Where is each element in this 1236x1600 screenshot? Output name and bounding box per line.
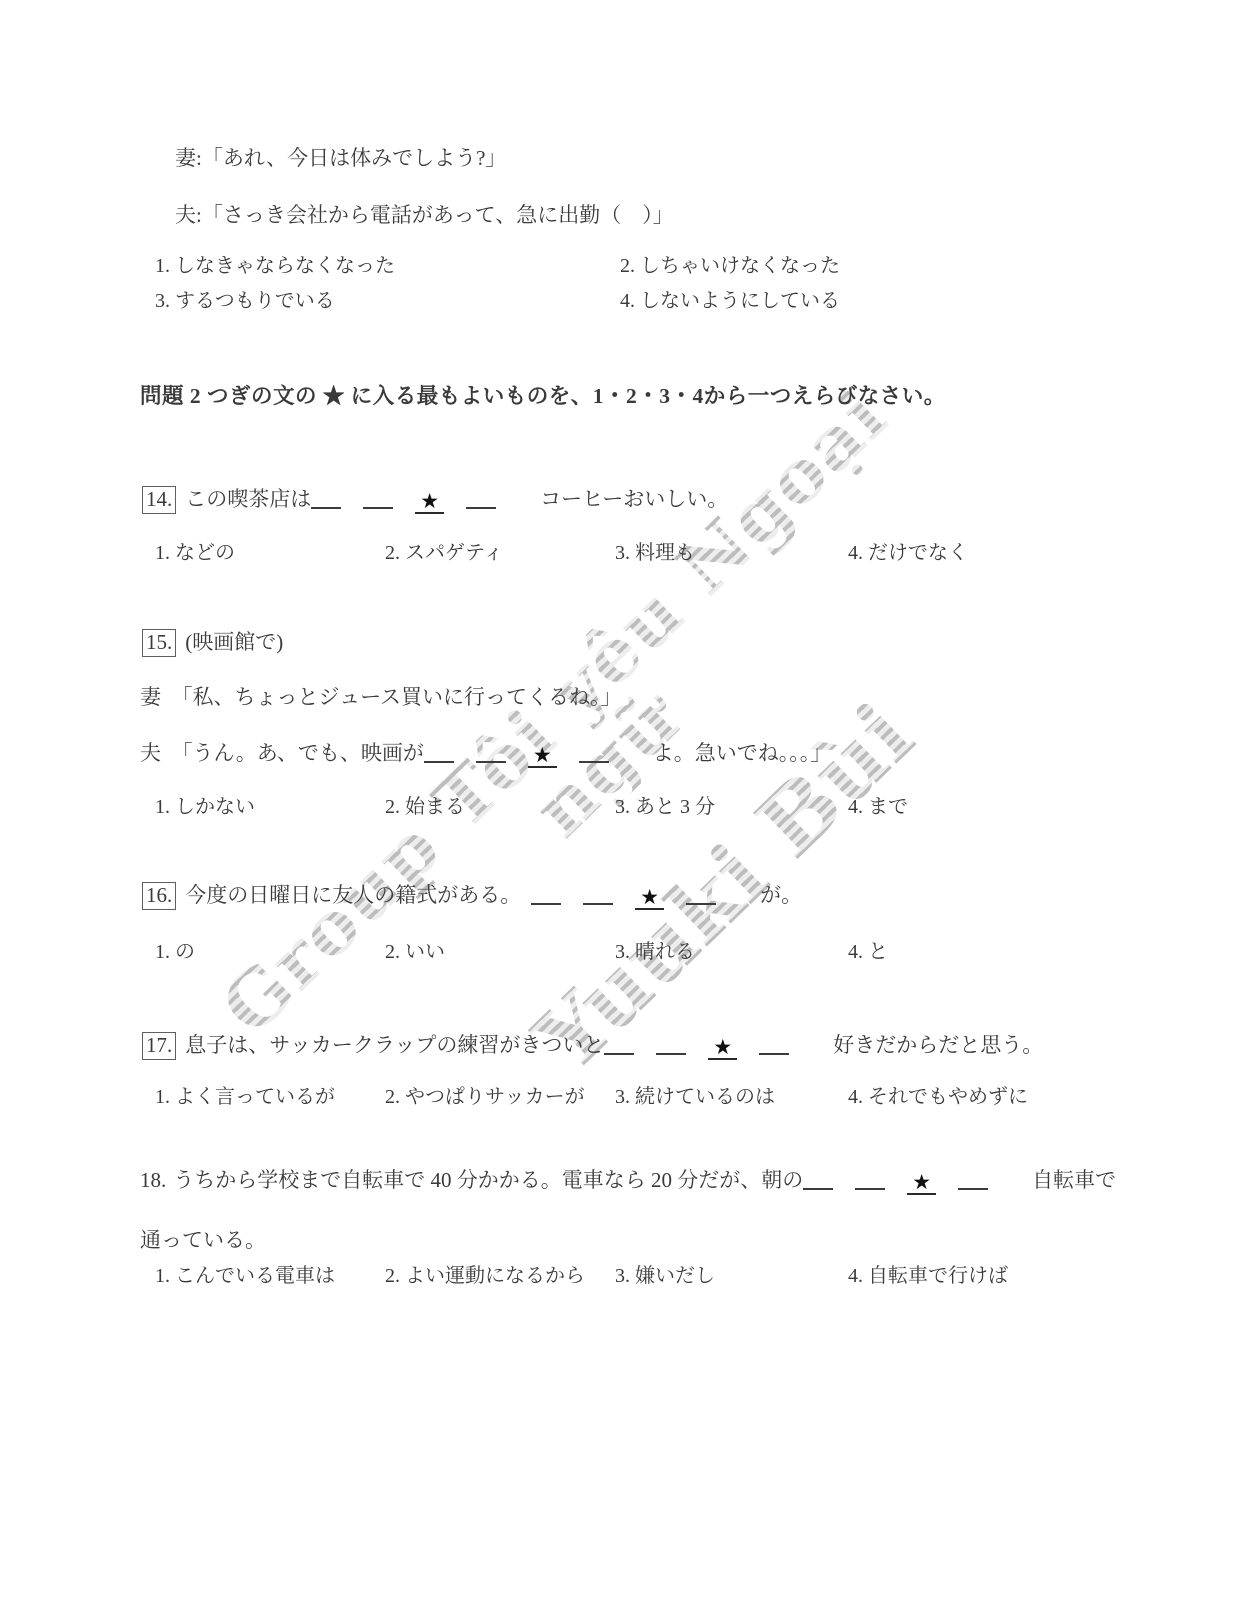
q14-blank-2	[363, 495, 393, 509]
q16-option-3: 3. 晴れる	[615, 939, 848, 966]
star-icon: ★	[420, 489, 439, 513]
q15-star-blank: ★	[528, 744, 557, 768]
q17-option-1: 1. よく言っているが	[155, 1084, 385, 1111]
q17-option-2: 2. やつぱりサッカーが	[385, 1084, 615, 1111]
q15-option-1: 1. しかない	[155, 794, 385, 821]
q17-blank-1	[604, 1041, 634, 1055]
q14-number-box: 14.	[142, 486, 176, 514]
q17-option-3: 3. 続けているのは	[615, 1084, 848, 1111]
q18-options: 1. こんでいる電車は 2. よい運動になるから 3. 嫌いだし 4. 自転車で…	[155, 1263, 1008, 1290]
q16-option-2: 2. いい	[385, 939, 615, 966]
q18-blank-3	[958, 1176, 988, 1190]
q17-option-4: 4. それでもやめずに	[848, 1084, 1028, 1111]
q14-option-2: 2. スパゲティ	[385, 540, 615, 567]
q18-suffix: 自転車で	[1032, 1168, 1116, 1192]
q16-options: 1. の 2. いい 3. 晴れる 4. と	[155, 939, 888, 966]
q13-husband-line: 夫:「さっき会社から電話があって、急に出勤（ ）」	[175, 200, 674, 230]
q15-option-2: 2. 始まる	[385, 794, 615, 821]
q18-blank-2	[855, 1176, 885, 1190]
q15-option-3: 3. あと 3 分	[615, 794, 848, 821]
q15-husband-suffix: よ。急いでね。。。」	[653, 741, 832, 765]
q16-blank-2	[583, 891, 613, 905]
q17-prefix: 息子は、サッカークラップの練習がきついと	[185, 1033, 604, 1057]
q18-option-1: 1. こんでいる電車は	[155, 1263, 385, 1290]
q13-options: 1. しなきゃならなくなった 2. しちゃいけなくなった 3. するつもりでいる…	[155, 253, 840, 315]
document-page: Group Tôi yêu Ngoại ngữ Yuuki Bùi 妻:「あれ、…	[0, 0, 1236, 1600]
q15-setting-line: 15.(映画館で)	[142, 627, 283, 657]
q17-blank-2	[656, 1041, 686, 1055]
q16-suffix: が。	[760, 883, 802, 907]
q17-stem: 17.息子は、サッカークラップの練習がきついと★好きだからだと思う。	[142, 1030, 1043, 1060]
q15-number-box: 15.	[142, 629, 176, 657]
q18-option-3: 3. 嫌いだし	[615, 1263, 848, 1290]
q15-blank-3	[579, 749, 609, 763]
q15-husband-line: 夫 「うん。あ、でも、映画が★よ。急いでね。。。」	[140, 738, 831, 768]
q14-blank-3	[466, 495, 496, 509]
q18-prefix: うちから学校まで自転車で 40 分かかる。電車なら 20 分だが、朝の	[173, 1168, 803, 1192]
q18-option-4: 4. 自転車で行けば	[848, 1263, 1008, 1290]
star-icon: ★	[640, 885, 659, 909]
q16-prefix: 今度の日曜日に友人の籍式がある。	[185, 883, 521, 907]
star-icon: ★	[912, 1170, 931, 1194]
q18-stem: 18.うちから学校まで自転車で 40 分かかる。電車なら 20 分だが、朝の★自…	[140, 1150, 1116, 1270]
q17-options: 1. よく言っているが 2. やつぱりサッカーが 3. 続けているのは 4. そ…	[155, 1084, 1028, 1111]
q17-number-box: 17.	[142, 1032, 176, 1060]
document-content: 妻:「あれ、今日は体みでしよう?」 夫:「さっき会社から電話があって、急に出勤（…	[0, 0, 1236, 1600]
q13-option-4: 4. しないようにしている	[620, 288, 840, 315]
q16-option-1: 1. の	[155, 939, 385, 966]
section2-heading: 問題 2 つぎの文の ★ に入る最もよいものを、1・2・3・4から一つえらびなさ…	[140, 379, 946, 410]
q14-option-4: 4. だけでなく	[848, 540, 968, 567]
q14-option-3: 3. 料理も	[615, 540, 848, 567]
q15-options: 1. しかない 2. 始まる 3. あと 3 分 4. まで	[155, 794, 908, 821]
q15-wife-line: 妻 「私、ちょっとジュース買いに行ってくるね。」	[140, 682, 622, 712]
q14-stem: 14.この喫茶店は★コーヒーおいしい。	[142, 484, 728, 514]
q18-number: 18.	[140, 1168, 166, 1192]
q16-stem: 16.今度の日曜日に友人の籍式がある。★が。	[142, 880, 802, 910]
q17-star-blank: ★	[708, 1036, 737, 1060]
q18-line2: 通っている。	[140, 1228, 266, 1252]
q15-blank-2	[476, 749, 506, 763]
star-icon: ★	[533, 743, 552, 767]
q18-star-blank: ★	[907, 1171, 936, 1195]
q17-blank-3	[759, 1041, 789, 1055]
q13-option-2: 2. しちゃいけなくなった	[620, 253, 840, 280]
q17-suffix: 好きだからだと思う。	[833, 1033, 1043, 1057]
q14-star-blank: ★	[415, 490, 444, 514]
q16-star-blank: ★	[635, 886, 664, 910]
q15-option-4: 4. まで	[848, 794, 908, 821]
q14-suffix: コーヒーおいしい。	[540, 487, 728, 511]
q16-blank-3	[686, 891, 716, 905]
q16-number-box: 16.	[142, 882, 176, 910]
star-icon: ★	[713, 1035, 732, 1059]
q16-option-4: 4. と	[848, 939, 888, 966]
q15-husband-prefix: 夫 「うん。あ、でも、映画が	[140, 741, 424, 765]
q18-option-2: 2. よい運動になるから	[385, 1263, 615, 1290]
q14-blank-1	[311, 495, 341, 509]
q15-blank-1	[424, 749, 454, 763]
q16-blank-1	[531, 891, 561, 905]
q15-setting: (映画館で)	[185, 630, 283, 654]
q18-blank-1	[803, 1176, 833, 1190]
q13-option-3: 3. するつもりでいる	[155, 288, 620, 315]
q13-wife-line: 妻:「あれ、今日は体みでしよう?」	[175, 143, 506, 173]
q13-option-1: 1. しなきゃならなくなった	[155, 253, 620, 280]
q14-options: 1. などの 2. スパゲティ 3. 料理も 4. だけでなく	[155, 540, 968, 567]
q14-prefix: この喫茶店は	[185, 487, 311, 511]
q14-option-1: 1. などの	[155, 540, 385, 567]
